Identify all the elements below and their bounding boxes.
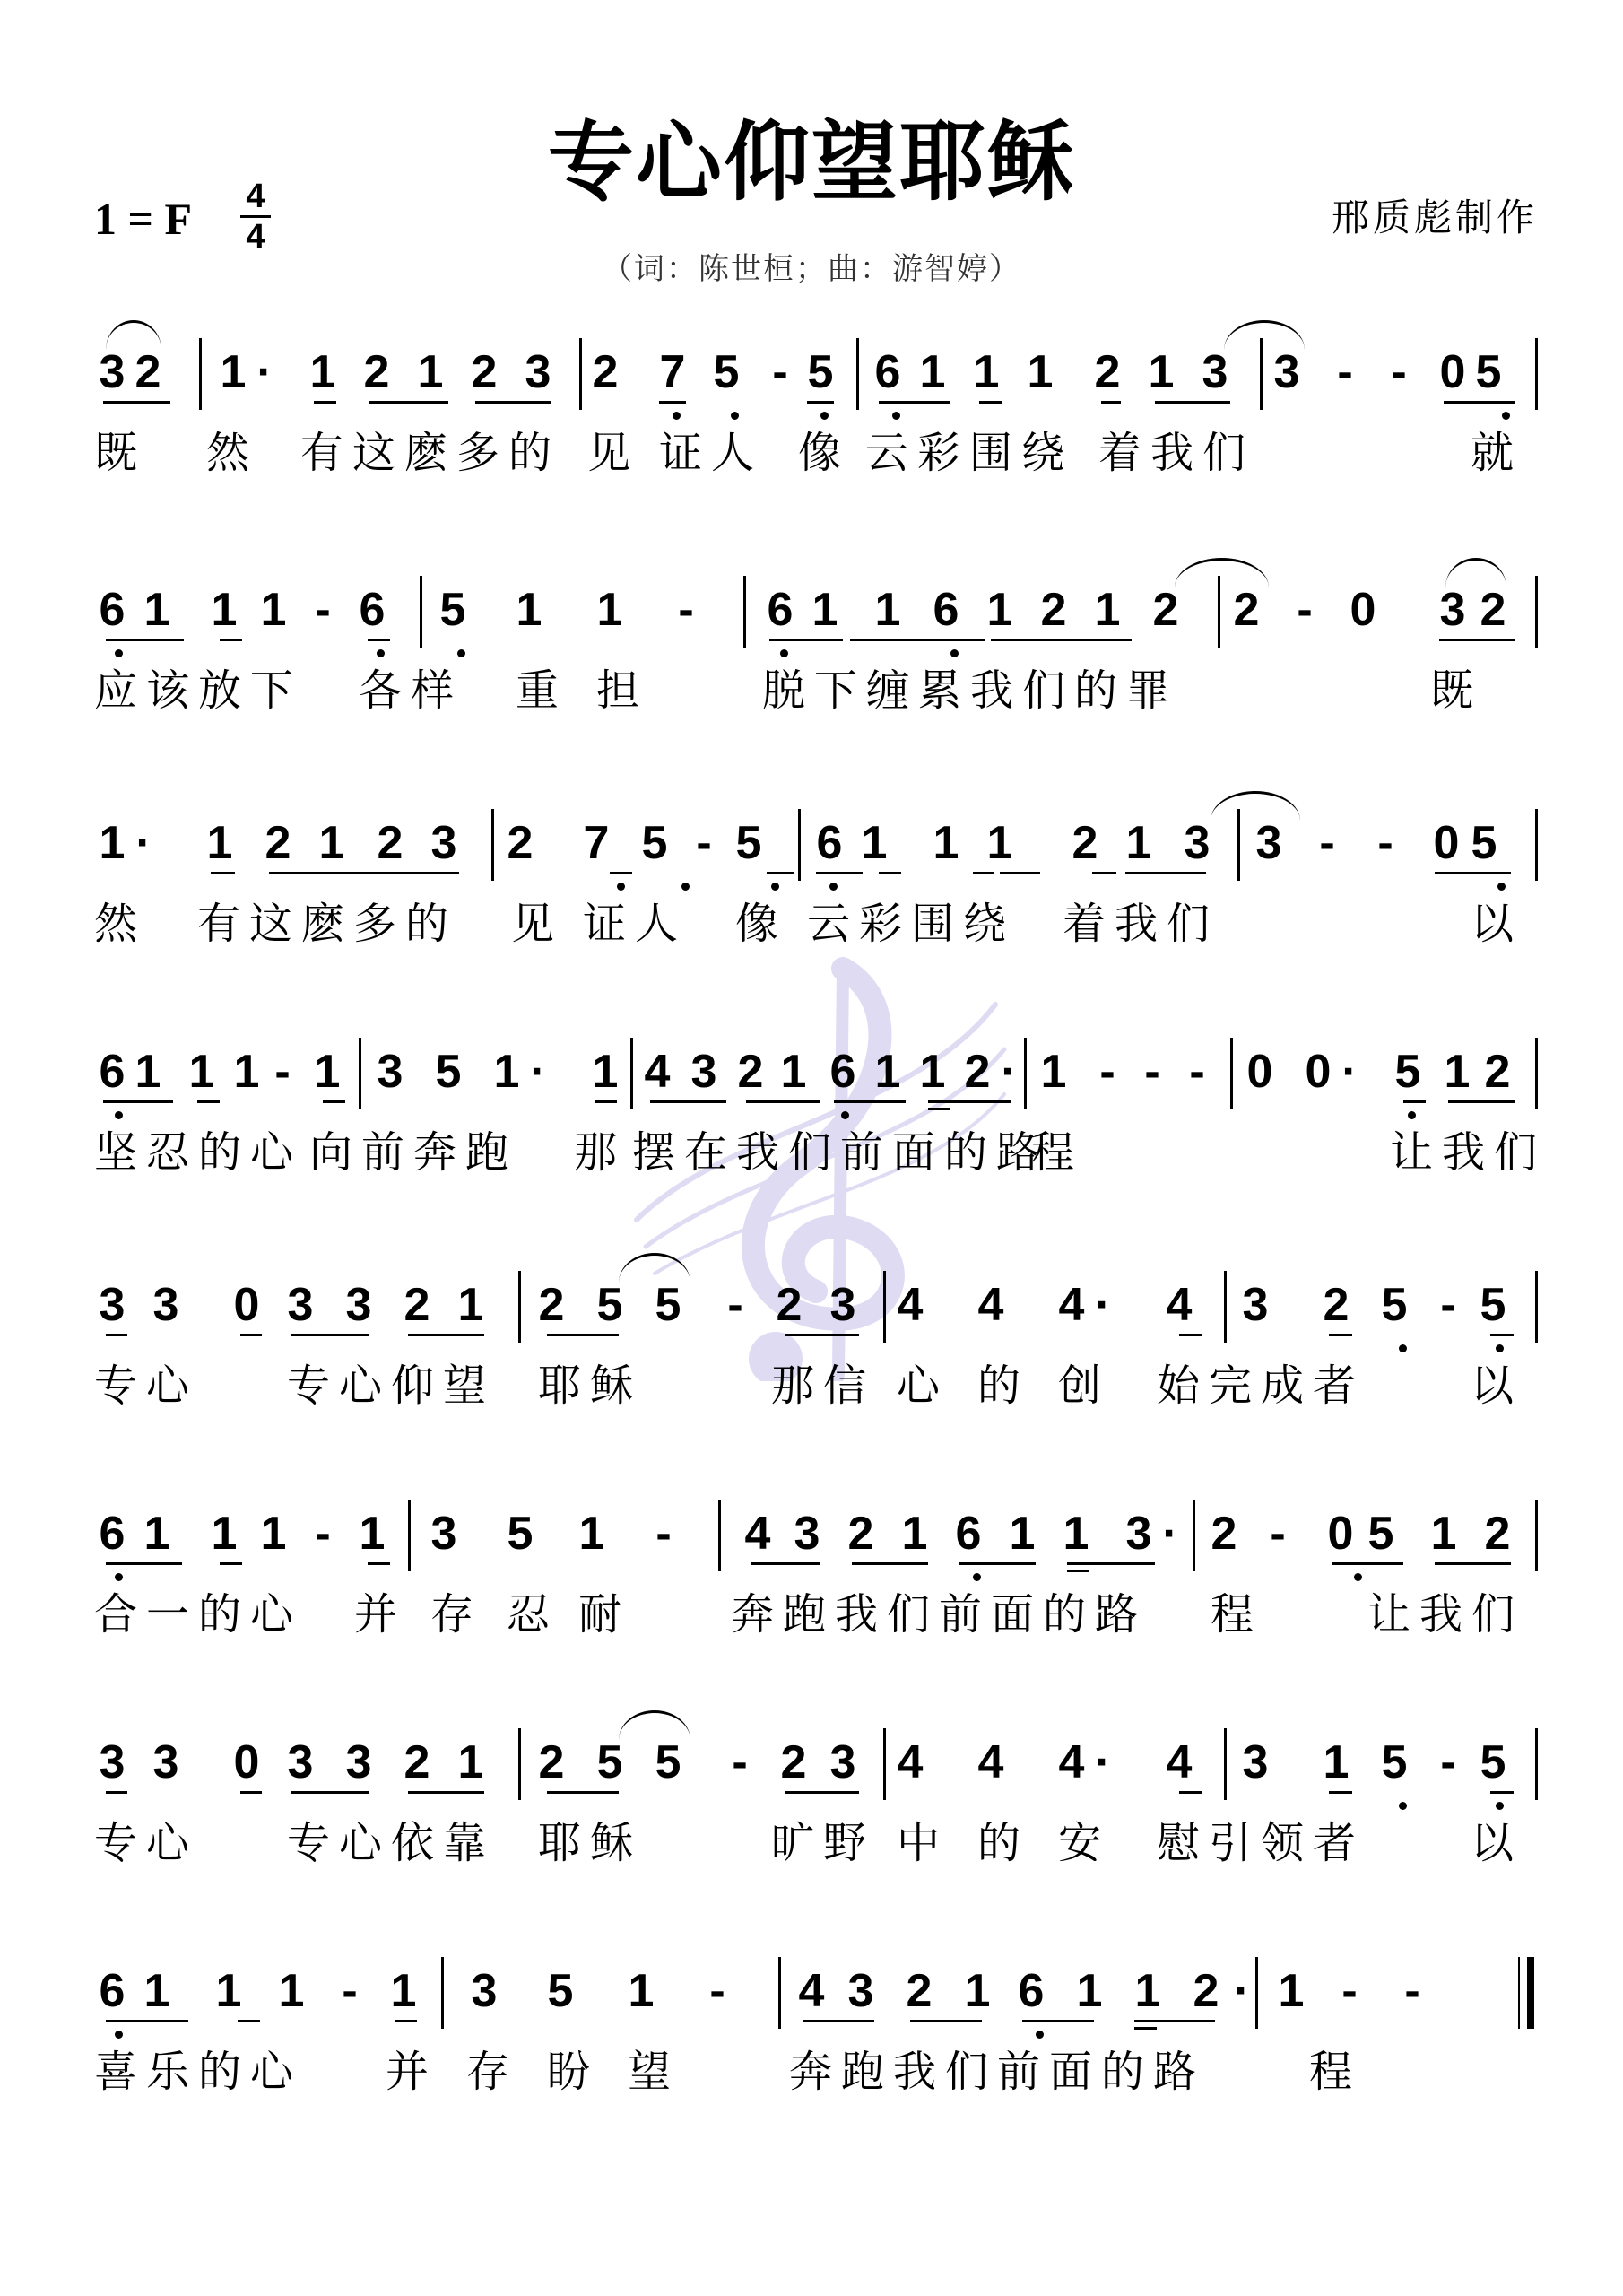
dash-sustain: -: [1327, 345, 1363, 399]
beam-underline: [928, 1100, 1011, 1103]
note: 4: [973, 1278, 1009, 1332]
lyric-text: 着我们: [1063, 899, 1219, 949]
lyric-text: 始完成者: [1157, 1361, 1365, 1411]
note: 2: [771, 1278, 807, 1332]
beam-underline: [785, 1334, 859, 1336]
note: 3: [1237, 1278, 1273, 1332]
note: 5: [542, 1964, 578, 2018]
barline: [420, 576, 422, 648]
beam-underline: [807, 401, 834, 404]
lyric-text: 摆在我们前面的路: [632, 1127, 1048, 1178]
augmentation-dot: ·: [1152, 1507, 1188, 1561]
dash-sustain: -: [1089, 1045, 1125, 1099]
barline: [1535, 576, 1538, 648]
barline: [1255, 1957, 1258, 2029]
note: 1: [206, 1507, 242, 1561]
lyric-text: 让我们: [1390, 1127, 1546, 1178]
note: 1: [592, 583, 628, 637]
note: 5: [803, 345, 838, 399]
barline: [1224, 1728, 1227, 1800]
note: 0: [229, 1278, 265, 1332]
note: 6: [94, 1964, 130, 2018]
low-octave-dot: [457, 649, 465, 657]
beam-underline: [850, 639, 924, 641]
lyric-text: 以: [1471, 899, 1523, 949]
beam-underline: [1067, 1562, 1155, 1565]
note: 3: [341, 1278, 377, 1332]
augmentation-dot: ·: [991, 1045, 1027, 1099]
note: 2: [399, 1735, 435, 1789]
note: 2: [1318, 1278, 1354, 1332]
note: 3: [466, 1964, 502, 2018]
time-signature-top: 4: [240, 179, 271, 213]
lyric-text: 程: [1309, 2047, 1361, 2097]
note: 3: [789, 1507, 825, 1561]
note: 6: [94, 583, 130, 637]
beam-underline: [1448, 1100, 1515, 1103]
lyric-text: 合一的心: [94, 1589, 302, 1639]
note: 1: [1273, 1964, 1309, 2018]
beam-underline: [650, 1100, 726, 1103]
lyric-text: 的: [977, 1361, 1029, 1411]
barline: [579, 338, 582, 410]
note: 4: [740, 1507, 776, 1561]
barline: [778, 1957, 781, 2029]
note: 1: [870, 1045, 906, 1099]
note: 1: [1130, 1964, 1166, 2018]
low-octave-dot: [950, 649, 959, 657]
beam-underline: [1134, 2020, 1215, 2022]
note: 3: [94, 345, 130, 399]
lyric-text: 专心: [94, 1361, 198, 1411]
dash-sustain: -: [305, 583, 341, 637]
note: 2: [130, 345, 166, 399]
barline: [199, 338, 202, 410]
low-octave-dot: [1496, 1802, 1504, 1810]
lyric-text: 让我们: [1367, 1589, 1523, 1639]
beam-underline: [916, 639, 985, 641]
low-octave-dot: [829, 883, 838, 891]
note: 2: [1206, 1507, 1242, 1561]
note: 4: [892, 1735, 928, 1789]
note: 2: [1089, 345, 1125, 399]
beam-underline: [1022, 2020, 1094, 2022]
beam-underline: [323, 1100, 345, 1103]
note: 1: [1143, 345, 1179, 399]
note: 1: [511, 583, 547, 637]
note: 3: [426, 1507, 462, 1561]
barline: [491, 809, 494, 881]
note: 2: [260, 816, 296, 870]
note: 3: [94, 1278, 130, 1332]
note: 2: [502, 816, 538, 870]
lyric-text: 重: [516, 665, 568, 716]
beam-underline: [368, 1562, 390, 1565]
note: 0: [1242, 1045, 1278, 1099]
author-credit: 邢质彪制作: [1332, 188, 1538, 242]
notation-row: 6111-1351-43216112·1--喜乐的心并存盼望奔跑我们前面的路程: [0, 1964, 1623, 2144]
beam-underline: [1101, 401, 1121, 404]
dash-sustain: -: [717, 1278, 753, 1332]
note: 3: [1237, 1735, 1273, 1789]
barline: [718, 1500, 721, 1571]
lyric-text: 程: [1031, 1127, 1083, 1178]
beam-underline: [1490, 1334, 1514, 1336]
lyric-text: 心: [897, 1361, 949, 1411]
lyric-text: 创: [1058, 1361, 1110, 1411]
low-octave-dot: [115, 1573, 123, 1581]
beam-underline: [1332, 1562, 1403, 1565]
dash-sustain: -: [332, 1964, 368, 2018]
beam-underline: [1179, 1791, 1202, 1794]
dash-sustain: -: [1430, 1735, 1466, 1789]
note: 5: [1376, 1735, 1412, 1789]
lyric-text: 坚忍的心: [94, 1127, 302, 1178]
notation-row: 6111-1351·143216112·1---00·512坚忍的心向前奔跑那摆…: [0, 1045, 1623, 1224]
lyric-text: 专心仰望: [287, 1361, 495, 1411]
note: 5: [637, 816, 673, 870]
lyric-text: 就: [1471, 428, 1523, 478]
note: 5: [435, 583, 471, 637]
lyric-text: 程: [1211, 1589, 1263, 1639]
low-octave-dot: [115, 1111, 123, 1119]
lyric-text: 见: [511, 899, 563, 949]
beam-underline: [369, 401, 448, 404]
low-octave-dot: [780, 649, 788, 657]
low-octave-dot: [377, 649, 385, 657]
note: 1: [959, 1964, 995, 2018]
note: 1: [623, 1964, 659, 2018]
note: 1: [229, 1045, 265, 1099]
note: 1: [1022, 345, 1058, 399]
low-octave-dot: [115, 649, 123, 657]
lyric-text: 专心: [94, 1818, 198, 1868]
note: 1: [807, 583, 843, 637]
lyric-text: 应该放下: [94, 665, 302, 716]
augmentation-dot: ·: [1085, 1278, 1121, 1332]
beam-underline-double: [1134, 2027, 1157, 2030]
low-octave-dot: [841, 1111, 849, 1119]
note: 3: [1251, 816, 1287, 870]
beam-underline: [106, 1791, 127, 1794]
note: 1: [139, 1964, 175, 2018]
barline: [1535, 1271, 1538, 1343]
final-barline-thick: [1527, 1957, 1534, 2029]
note: 1: [587, 1045, 623, 1099]
tie-slur: [1224, 320, 1305, 350]
beam-underline: [368, 639, 390, 641]
beam-underline: [547, 1334, 619, 1336]
note: 2: [587, 345, 623, 399]
final-barline-thin: [1518, 1957, 1520, 2029]
low-octave-dot: [1408, 1111, 1416, 1119]
lyric-text: 那: [574, 1127, 626, 1178]
lyric-text: 旷野: [771, 1818, 875, 1868]
beam-underline: [834, 1100, 906, 1103]
note: 5: [592, 1278, 628, 1332]
low-octave-dot: [681, 883, 690, 891]
lyric-text: 并: [386, 2047, 438, 2097]
beam-underline: [769, 639, 843, 641]
note: 1: [928, 816, 964, 870]
beam-underline: [211, 872, 235, 874]
low-octave-dot: [115, 2031, 123, 2039]
dash-sustain: -: [1134, 1045, 1170, 1099]
low-octave-dot: [1502, 412, 1510, 420]
note: 1: [273, 1964, 309, 2018]
dash-sustain: -: [1287, 583, 1323, 637]
barline: [518, 1728, 521, 1800]
note: 4: [892, 1278, 928, 1332]
note: 1: [256, 583, 291, 637]
note: 1: [314, 816, 350, 870]
note: 1: [1121, 816, 1157, 870]
note: 7: [655, 345, 690, 399]
note: 3: [94, 1735, 130, 1789]
augmentation-dot: ·: [1332, 1045, 1367, 1099]
beam-underline: [106, 1562, 182, 1565]
dash-sustain: -: [722, 1735, 758, 1789]
beam-underline: [1435, 872, 1511, 874]
barline: [883, 1728, 886, 1800]
beam-underline: [291, 1334, 369, 1336]
note: 4: [1054, 1735, 1089, 1789]
note: 3: [1197, 345, 1233, 399]
beam-underline-double: [928, 1108, 950, 1110]
note: 6: [870, 345, 906, 399]
note: 4: [1161, 1278, 1197, 1332]
lyric-text: 的: [977, 1818, 1029, 1868]
note: 5: [502, 1507, 538, 1561]
tie-slur: [1211, 791, 1300, 821]
note: 2: [1188, 1964, 1224, 2018]
beam-underline: [979, 401, 1002, 404]
beam-underline: [1092, 872, 1116, 874]
lyric-text: 有这麽多的: [197, 899, 457, 949]
beam-underline: [314, 401, 336, 404]
beam-underline: [767, 872, 794, 874]
augmentation-dot: ·: [247, 345, 282, 399]
notation-row: 6111-1351-43216113·2-0512合一的心并存忍耐奔跑我们前面的…: [0, 1507, 1623, 1686]
beam-underline: [910, 2020, 982, 2022]
beam-underline: [547, 1791, 619, 1794]
note: 1: [1036, 1045, 1072, 1099]
note: 4: [794, 1964, 829, 2018]
note: 3: [1179, 816, 1215, 870]
note: 5: [708, 345, 744, 399]
note: 2: [1480, 1045, 1515, 1099]
note: 1: [1004, 1507, 1040, 1561]
low-octave-dot: [973, 1573, 981, 1581]
barline: [518, 1271, 521, 1343]
beam-underline: [238, 2020, 260, 2022]
note: 5: [1475, 1735, 1511, 1789]
beam-underline: [1444, 401, 1515, 404]
note: 6: [928, 583, 964, 637]
barline: [1224, 1271, 1227, 1343]
beam-underline: [785, 1791, 859, 1794]
beam-underline: [1179, 1334, 1202, 1336]
lyric-text: 然: [94, 899, 146, 949]
lyric-text: 望: [628, 2047, 680, 2097]
note: 2: [1228, 583, 1264, 637]
beam-underline: [408, 1791, 484, 1794]
dash-sustain: -: [1260, 1507, 1296, 1561]
note: 1: [489, 1045, 525, 1099]
note: 4: [1161, 1735, 1197, 1789]
beam-underline: [879, 872, 901, 874]
note: 4: [639, 1045, 675, 1099]
note: 1: [1426, 1507, 1462, 1561]
beam-underline: [610, 872, 632, 874]
note: 0: [1345, 583, 1381, 637]
tie-slur: [619, 1253, 690, 1283]
dash-sustain: -: [305, 1507, 341, 1561]
note: 1: [897, 1507, 933, 1561]
barline: [1535, 1728, 1538, 1800]
lyric-text: 那信: [771, 1361, 875, 1411]
note: 2: [1148, 583, 1184, 637]
beam-underline: [852, 1562, 928, 1565]
note: 3: [282, 1735, 318, 1789]
beam-underline: [1435, 1562, 1511, 1565]
note: 2: [843, 1507, 879, 1561]
note: 1: [915, 345, 950, 399]
note: 3: [843, 1964, 879, 2018]
note: 2: [399, 1278, 435, 1332]
dash-sustain: -: [1367, 816, 1403, 870]
beam-underline: [240, 1791, 262, 1794]
note: 2: [959, 1045, 995, 1099]
note: 3: [341, 1735, 377, 1789]
note: 2: [372, 816, 408, 870]
lyric-text: 忍: [507, 1589, 559, 1639]
note: 2: [534, 1278, 569, 1332]
note: 1: [256, 1507, 291, 1561]
note: 1: [202, 816, 238, 870]
note: 1: [982, 583, 1018, 637]
note: 2: [466, 345, 502, 399]
note: 6: [94, 1045, 130, 1099]
note: 3: [825, 1735, 861, 1789]
note: 3: [426, 816, 462, 870]
note: 5: [650, 1735, 686, 1789]
beam-underline: [595, 1100, 617, 1103]
note: 3: [282, 1278, 318, 1332]
dash-sustain: -: [1332, 1964, 1367, 2018]
lyric-text: 向前奔跑: [309, 1127, 517, 1178]
note: 0: [1428, 816, 1464, 870]
note: 1: [1058, 1507, 1094, 1561]
beam-underline-double: [1067, 1570, 1089, 1572]
notation-row: 3303321255-23444·4325-5专心专心仰望耶稣那信心的创始完成者…: [0, 1278, 1623, 1457]
tie-slur: [1175, 558, 1269, 587]
note: 7: [578, 816, 614, 870]
lyric-text: 证人: [583, 899, 687, 949]
note: 1: [870, 583, 906, 637]
note: 2: [1480, 1507, 1515, 1561]
beam-underline: [408, 1334, 484, 1336]
notation-row: 6111-6511-611612122-032应该放下各样重担脱下缠累我们的罪既: [0, 583, 1623, 762]
beam-underline: [973, 872, 994, 874]
beam-underline: [1056, 639, 1132, 641]
low-octave-dot: [673, 412, 681, 420]
tie-slur: [1445, 558, 1506, 587]
lyric-text: 耐: [578, 1589, 630, 1639]
notation-row: 321·12123275-561112133--05既然有这麽多的见证人像云彩围…: [0, 345, 1623, 525]
note: 1: [386, 1964, 421, 2018]
dash-sustain: -: [686, 816, 722, 870]
beam-underline: [1329, 1334, 1352, 1336]
barline: [856, 338, 859, 410]
note: 3: [148, 1278, 184, 1332]
note: 5: [592, 1735, 628, 1789]
note: 5: [731, 816, 767, 870]
beam-underline: [803, 2020, 874, 2022]
beam-underline: [659, 401, 686, 404]
barline: [743, 576, 746, 648]
note: 1: [776, 1045, 811, 1099]
note: 5: [1471, 345, 1506, 399]
lyric-text: 存: [430, 1589, 482, 1639]
note: 4: [973, 1735, 1009, 1789]
note: 1: [1439, 1045, 1475, 1099]
note: 1: [139, 583, 175, 637]
lyric-text: 证人: [659, 428, 763, 478]
note: 2: [1036, 583, 1072, 637]
barline: [1193, 1500, 1195, 1571]
note: 2: [534, 1735, 569, 1789]
note: 0: [229, 1735, 265, 1789]
beam-underline: [1000, 872, 1040, 874]
beam-underline: [220, 639, 242, 641]
note: 1: [206, 583, 242, 637]
beam-underline: [751, 1562, 820, 1565]
notation-row: 1·12123275-561112133--05然有这麽多的见证人像云彩围绕着我…: [0, 816, 1623, 996]
dash-sustain: -: [762, 345, 798, 399]
barline: [359, 1038, 361, 1109]
beam-underline: [1439, 639, 1515, 641]
low-octave-dot: [1036, 2031, 1044, 2039]
beam-underline: [106, 639, 184, 641]
lyric-text: 着我们: [1098, 428, 1254, 478]
lyric-text: 云彩围绕: [865, 428, 1073, 478]
beam-underline: [291, 1791, 369, 1794]
lyric-text: 见: [587, 428, 639, 478]
note: 1: [1318, 1735, 1354, 1789]
dash-sustain: -: [265, 1045, 300, 1099]
barline: [1230, 1038, 1233, 1109]
beam-underline: [1184, 872, 1206, 874]
barline: [883, 1271, 886, 1343]
note: 2: [359, 345, 395, 399]
note: 6: [94, 1507, 130, 1561]
time-signature: 4 4: [240, 179, 271, 254]
tie-slur: [106, 320, 161, 350]
augmentation-dot: ·: [520, 1045, 556, 1099]
note: 3: [1435, 583, 1471, 637]
note: 3: [686, 1045, 722, 1099]
lyric-text: 既: [1430, 665, 1482, 716]
note: 5: [430, 1045, 466, 1099]
note: 1: [94, 816, 130, 870]
lyricist-composer-credits: （词：陈世桓；曲：游智婷）: [0, 244, 1623, 288]
note: 1: [130, 1045, 166, 1099]
note: 1: [354, 1507, 390, 1561]
low-octave-dot: [1497, 883, 1506, 891]
beam-underline: [991, 639, 1065, 641]
beam-underline: [879, 401, 950, 404]
